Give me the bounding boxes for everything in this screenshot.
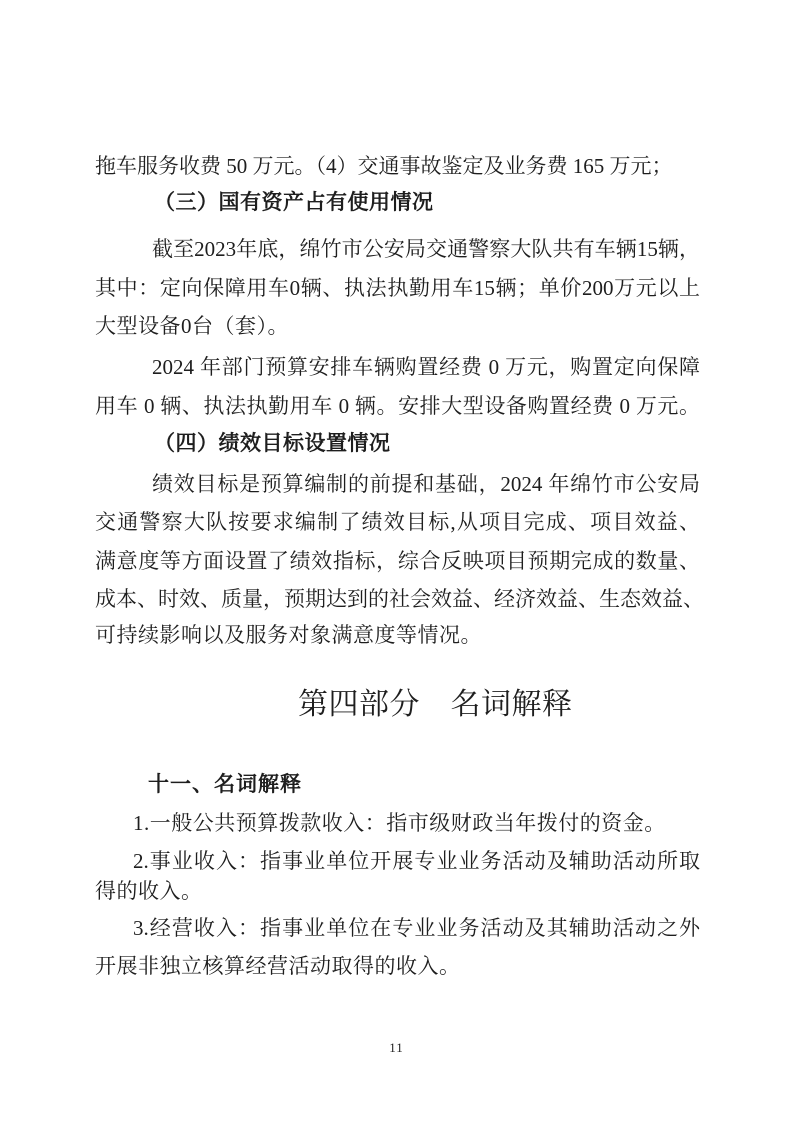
glossary-line: 1.一般公共预算拨款收入：指市级财政当年拨付的资金。 xyxy=(133,810,666,836)
body-line: 绩效目标是预算编制的前提和基础，2024 年绵竹市公安局 xyxy=(152,471,700,497)
section-heading-performance: （四）绩效目标设置情况 xyxy=(154,430,391,456)
glossary-line: 3.经营收入：指事业单位在专业业务活动及其辅助活动之外 xyxy=(133,915,700,941)
body-line: 2024 年部门预算安排车辆购置经费 0 万元，购置定向保障 xyxy=(152,354,700,380)
body-line: 成本、时效、质量，预期达到的社会效益、经济效益、生态效益、 xyxy=(95,586,704,612)
section-heading-assets: （三）国有资产占有使用情况 xyxy=(154,189,434,215)
page-number: 11 xyxy=(0,1040,793,1056)
body-line: 其中：定向保障用车0辆、执法执勤用车15辆；单价200万元以上 xyxy=(95,275,700,301)
body-line: 大型设备0台（套）。 xyxy=(95,313,289,339)
glossary-line: 得的收入。 xyxy=(95,878,203,904)
body-line: 满意度等方面设置了绩效指标，综合反映项目预期完成的数量、 xyxy=(95,548,700,574)
document-page: 拖车服务收费 50 万元。（4）交通事故鉴定及业务费 165 万元； （三）国有… xyxy=(0,0,793,1122)
body-line: 截至2023年底，绵竹市公安局交通警察大队共有车辆15辆， xyxy=(152,236,700,262)
glossary-line: 2.事业收入：指事业单位开展专业业务活动及辅助活动所取 xyxy=(133,848,700,874)
part-title: 第四部分 名词解释 xyxy=(298,687,573,723)
body-line: 交通警察大队按要求编制了绩效目标,从项目完成、项目效益、 xyxy=(95,509,700,535)
body-line: 用车 0 辆、执法执勤用车 0 辆。安排大型设备购置经费 0 万元。 xyxy=(95,393,700,419)
body-line: 可持续影响以及服务对象满意度等情况。 xyxy=(95,622,482,648)
glossary-line: 开展非独立核算经营活动取得的收入。 xyxy=(95,953,461,979)
glossary-heading: 十一、名词解释 xyxy=(148,772,302,798)
body-line: 拖车服务收费 50 万元。（4）交通事故鉴定及业务费 165 万元； xyxy=(95,153,673,179)
